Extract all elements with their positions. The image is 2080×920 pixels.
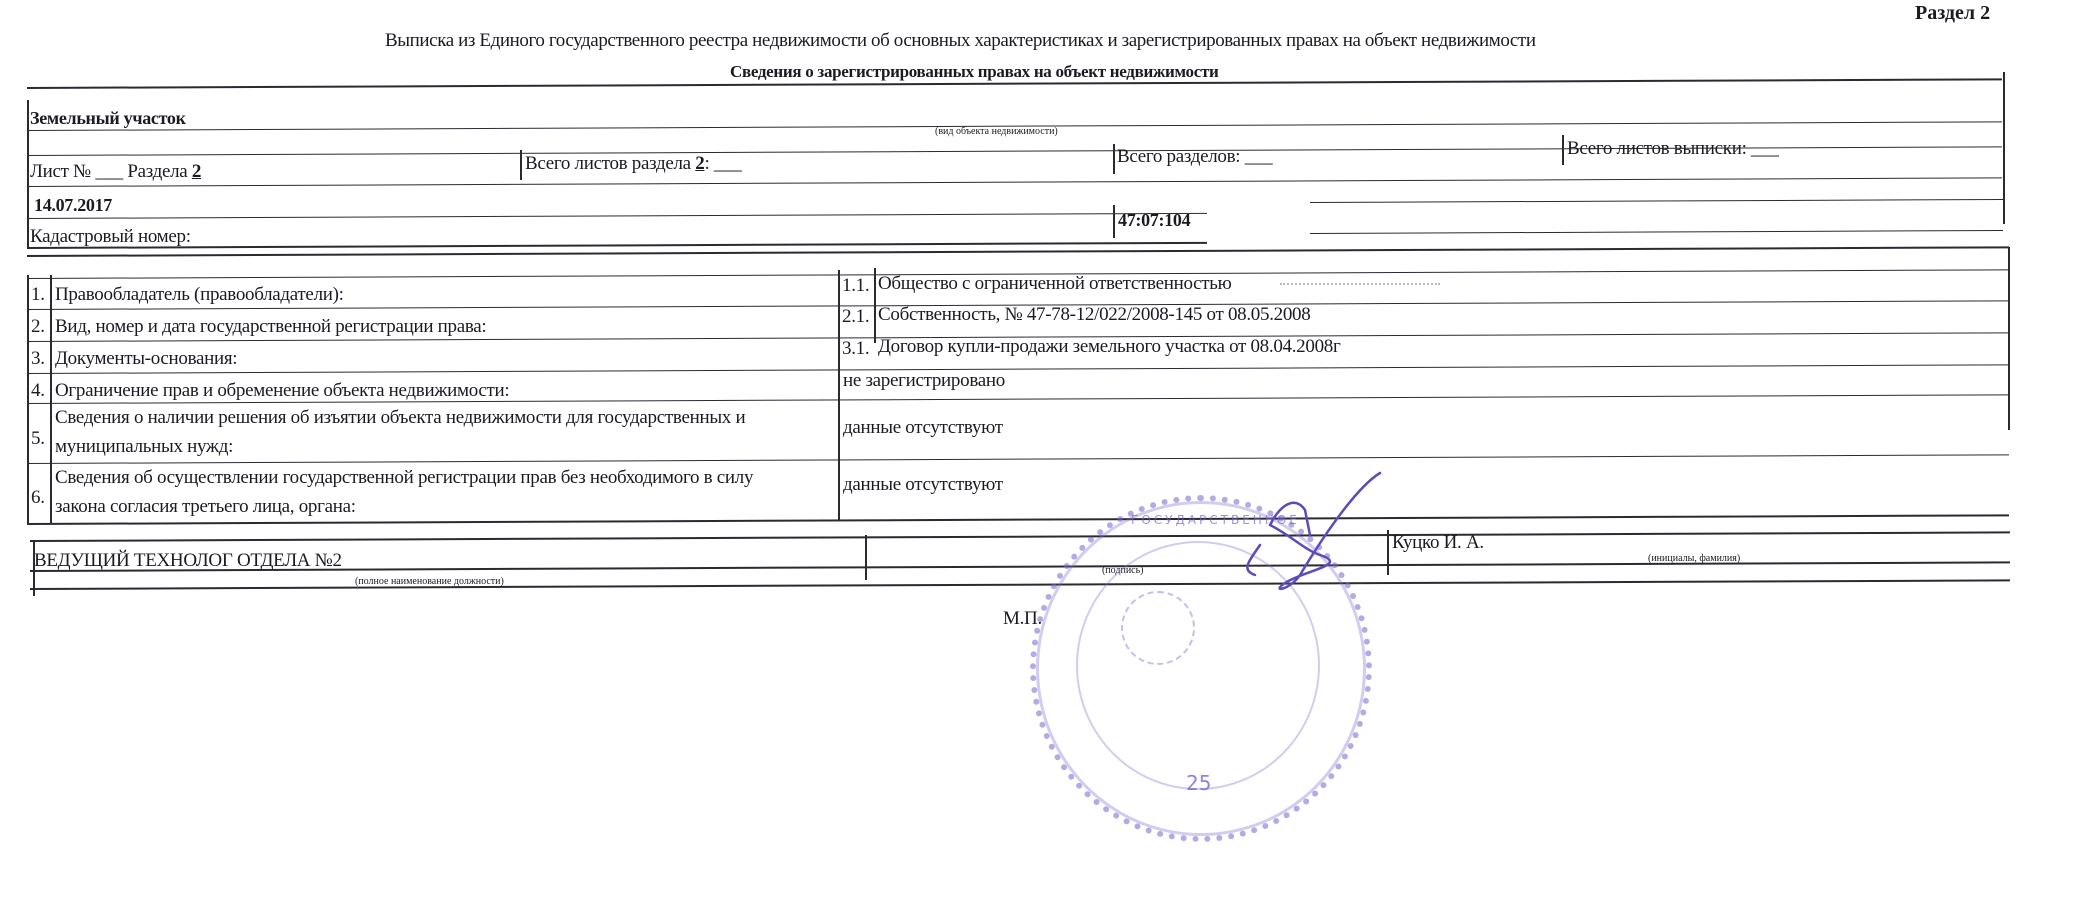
extract-date: 14.07.2017: [34, 195, 112, 216]
divider: [1310, 199, 2003, 203]
position-caption: (полное наименование должности): [355, 576, 504, 587]
divider: [1310, 230, 2003, 234]
redacted-text: [1280, 283, 1440, 288]
signature-icon: [1210, 465, 1390, 605]
seizure-label-line2: муниципальных нужд:: [55, 436, 233, 458]
official-position: ВЕДУЩИЙ ТЕХНОЛОГ ОТДЕЛА №2: [34, 550, 342, 572]
divider: [30, 531, 2010, 542]
divider: [27, 213, 1207, 219]
encumbrance-label: Ограничение прав и обременение объекта н…: [55, 380, 509, 402]
row-number: 3.: [31, 348, 45, 370]
cadastral-number: 47:07:104: [1118, 210, 1190, 231]
total-sheets-extract: Всего листов выписки: ___: [1567, 138, 1779, 160]
stamp-number: 25: [1186, 771, 1211, 795]
object-type: Земельный участок: [30, 108, 186, 129]
divider: [27, 275, 29, 523]
row-number: 6.: [31, 487, 45, 509]
sub-number: 3.1.: [842, 338, 869, 360]
encumbrance-value: не зарегистрировано: [843, 370, 1005, 392]
section-label: Раздел 2: [1915, 2, 1990, 25]
name-caption: (инициалы, фамилия): [1648, 553, 1740, 564]
basis-documents-value: Договор купли-продажи земельного участка…: [878, 336, 1340, 358]
object-type-caption: (вид объекта недвижимости): [935, 126, 1058, 137]
cadastral-label: Кадастровый номер:: [30, 226, 191, 248]
row-number: 5.: [31, 428, 45, 450]
sheet-number-label: Лист № ___ Раздела: [30, 161, 187, 182]
total-sections: Всего разделов: ___: [1117, 146, 1272, 168]
seizure-label-line1: Сведения о наличии решения об изъятии об…: [55, 407, 745, 429]
divider: [27, 100, 29, 247]
row-number: 1.: [31, 284, 45, 306]
registration-label: Вид, номер и дата государственной регист…: [55, 316, 486, 338]
divider: [865, 535, 867, 580]
divider: [27, 246, 2009, 257]
stamp-emblem: [1121, 591, 1195, 665]
divider: [50, 275, 52, 523]
divider: [2008, 247, 2010, 430]
document-subtitle: Сведения о зарегистрированных правах на …: [730, 62, 1219, 82]
divider: [874, 268, 876, 343]
sub-number: 2.1.: [842, 306, 869, 328]
divider: [1113, 144, 1115, 174]
divider: [2003, 72, 2005, 224]
consent-label-line1: Сведения об осуществлении государственно…: [55, 467, 753, 489]
seizure-value: данные отсутствуют: [843, 417, 1003, 439]
consent-label-line2: закона согласия третьего лица, органа:: [55, 496, 356, 518]
divider: [30, 579, 2010, 590]
divider: [1113, 205, 1115, 238]
row-number: 4.: [31, 380, 45, 402]
official-name: Куцко И. А.: [1392, 532, 1484, 554]
divider: [27, 364, 2009, 374]
divider: [1562, 135, 1564, 165]
rights-holder-value: Общество с ограниченной ответственностью: [878, 273, 1232, 295]
sheet-number-section: 2: [192, 161, 201, 182]
divider: [27, 177, 2002, 187]
basis-documents-label: Документы-основания:: [55, 348, 237, 370]
divider: [838, 270, 840, 520]
registration-value: Собственность, № 47-78-12/022/2008-145 о…: [878, 304, 1310, 326]
row-number: 2.: [31, 316, 45, 338]
divider: [27, 454, 2009, 464]
sub-number: 1.1.: [842, 275, 869, 297]
divider: [27, 242, 1207, 249]
consent-value: данные отсутствуют: [843, 474, 1003, 496]
divider: [520, 150, 522, 180]
sheet-number: Лист № ___ Раздела 2: [30, 161, 201, 183]
rights-holder-label: Правообладатель (правообладатели):: [55, 284, 344, 306]
document-title: Выписка из Единого государственного реес…: [385, 30, 1536, 52]
total-sheets-section: Всего листов раздела 2: ___: [525, 153, 742, 175]
